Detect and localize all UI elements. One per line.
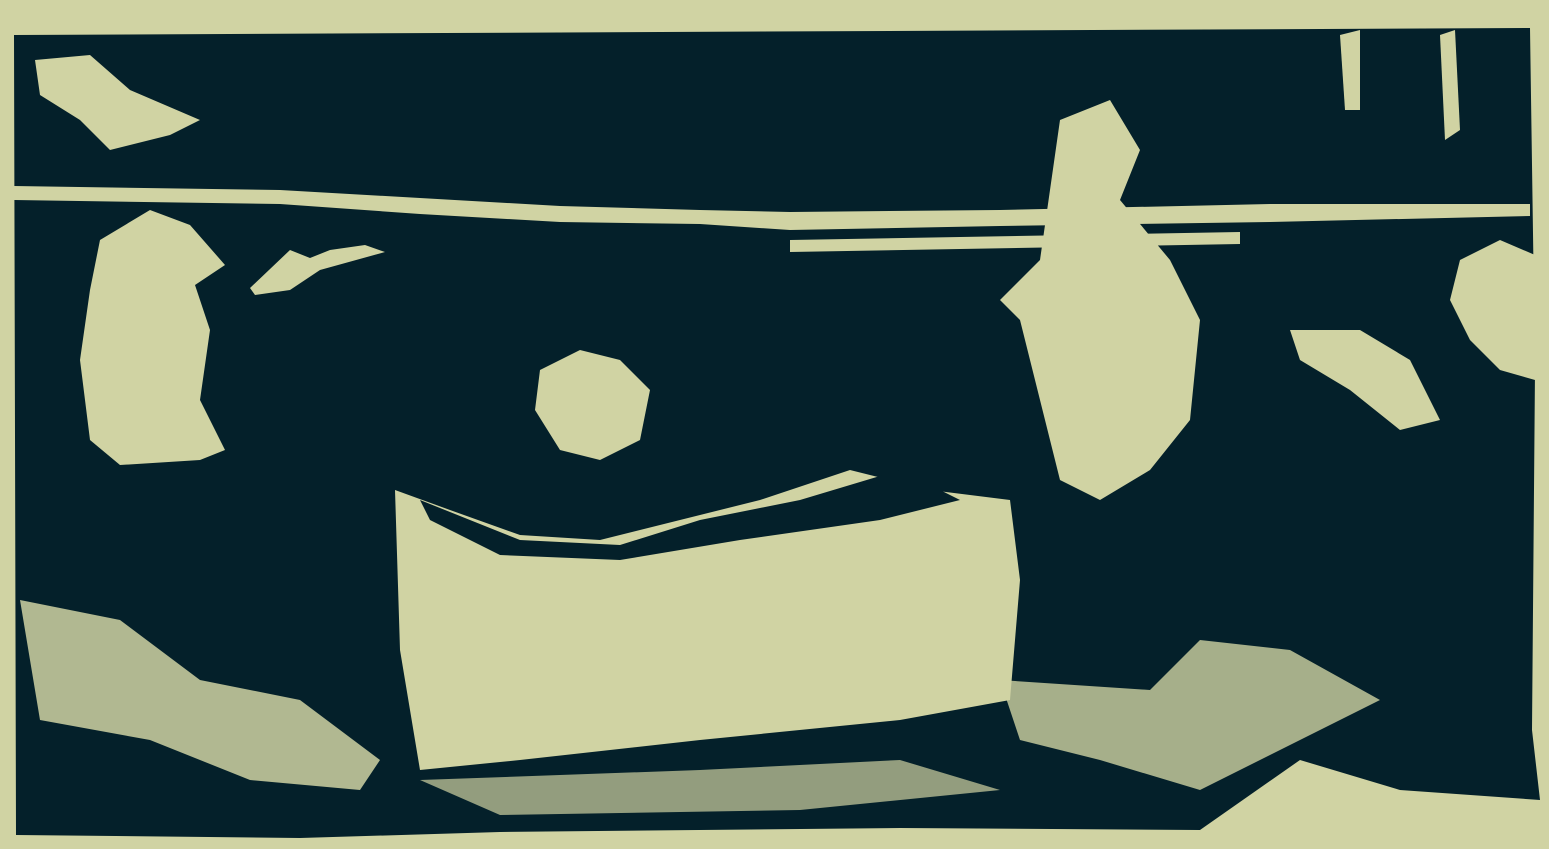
- photograph: [0, 0, 1549, 849]
- left-person: [80, 210, 225, 465]
